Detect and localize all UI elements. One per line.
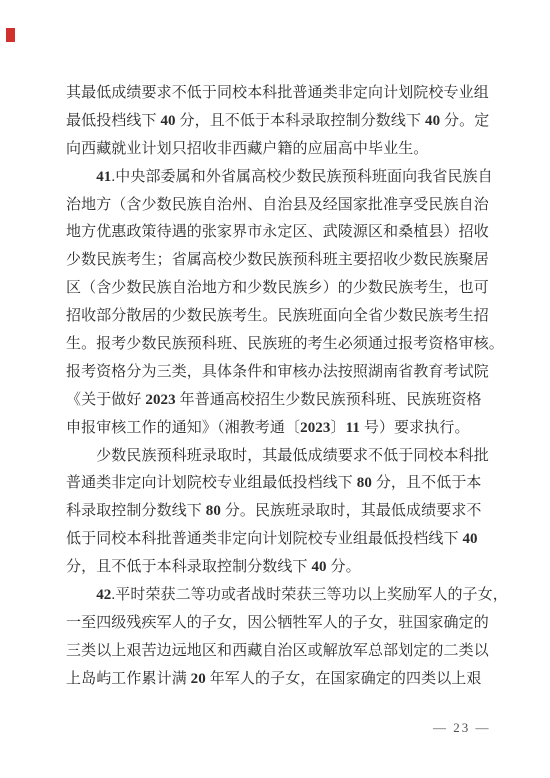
numeral: 41 [96,169,111,185]
red-stamp-mark [6,28,15,42]
text-line: 治地方（含少数民族自治州、自治县及经国家批准享受民族自治 [66,192,506,220]
text-line: 向西藏就业计划只招收非西藏户籍的应届高中毕业生。 [66,136,506,164]
text-line: 三类以上艰苦边远地区和西藏自治区或解放军总部划定的二类以 [66,638,506,666]
text-line: 42.平时荣获二等功或者战时荣获三等功以上奖励军人的子女， [66,582,506,610]
text-line: 少数民族预科班录取时，其最低成绩要求不低于同校本科批 [66,443,506,471]
text-line: 《关于做好 2023 年普通高校招生少数民族预科班、民族班资格 [66,387,506,415]
body-text: 其最低成绩要求不低于同校本科批普通类非定向计划院校专业组最低投档线下 40 分，… [66,80,506,694]
text-line: 地方优惠政策待遇的张家界市永定区、武陵源区和桑植县）招收 [66,219,506,247]
text-line: 低于同校本科批普通类非定向计划院校专业组最低投档线下 40 [66,526,506,554]
numeral: 40 [160,113,175,129]
numeral: 40 [462,531,477,547]
text-line: 一至四级残疾军人的子女，因公牺牲军人的子女，驻国家确定的 [66,610,506,638]
text-line: 其最低成绩要求不低于同校本科批普通类非定向计划院校专业组 [66,80,506,108]
document-page: 其最低成绩要求不低于同校本科批普通类非定向计划院校专业组最低投档线下 40 分，… [0,0,550,778]
numeral: 40 [311,559,326,575]
text-line: 区（含少数民族自治地方和少数民族乡）的少数民族考生，也可 [66,275,506,303]
text-line: 报考资格分为三类，具体条件和审核办法按照湖南省教育考试院 [66,359,506,387]
page-number: — 23 — [433,720,491,736]
numeral: 42 [96,587,111,603]
text-line: 分，且不低于本科录取控制分数线下 40 分。 [66,554,506,582]
text-line: 科录取控制分数线下 80 分。民族班录取时，其最低成绩要求不 [66,498,506,526]
numeral: 40 [425,113,440,129]
text-line: 生。报考少数民族预科班、民族班的考生必须通过报考资格审核。 [66,331,506,359]
numeral: 80 [357,475,372,491]
text-line: 上岛屿工作累计满 20 年军人的子女，在国家确定的四类以上艰 [66,666,506,694]
numeral: 11 [346,420,360,436]
numeral: 80 [206,503,221,519]
text-line: 普通类非定向计划院校专业组最低投档线下 80 分，且不低于本 [66,470,506,498]
text-line: 最低投档线下 40 分，且不低于本科录取控制分数线下 40 分。定 [66,108,506,136]
numeral: 2023 [300,420,330,436]
numeral: 20 [191,671,206,687]
text-line: 申报审核工作的通知》（湘教考通〔2023〕11 号）要求执行。 [66,415,506,443]
text-line: 41.中央部委属和外省属高校少数民族预科班面向我省民族自 [66,164,506,192]
numeral: 2023 [145,392,175,408]
text-line: 少数民族考生；省属高校少数民族预科班主要招收少数民族聚居 [66,247,506,275]
text-line: 招收部分散居的少数民族考生。民族班面向全省少数民族考生招 [66,303,506,331]
